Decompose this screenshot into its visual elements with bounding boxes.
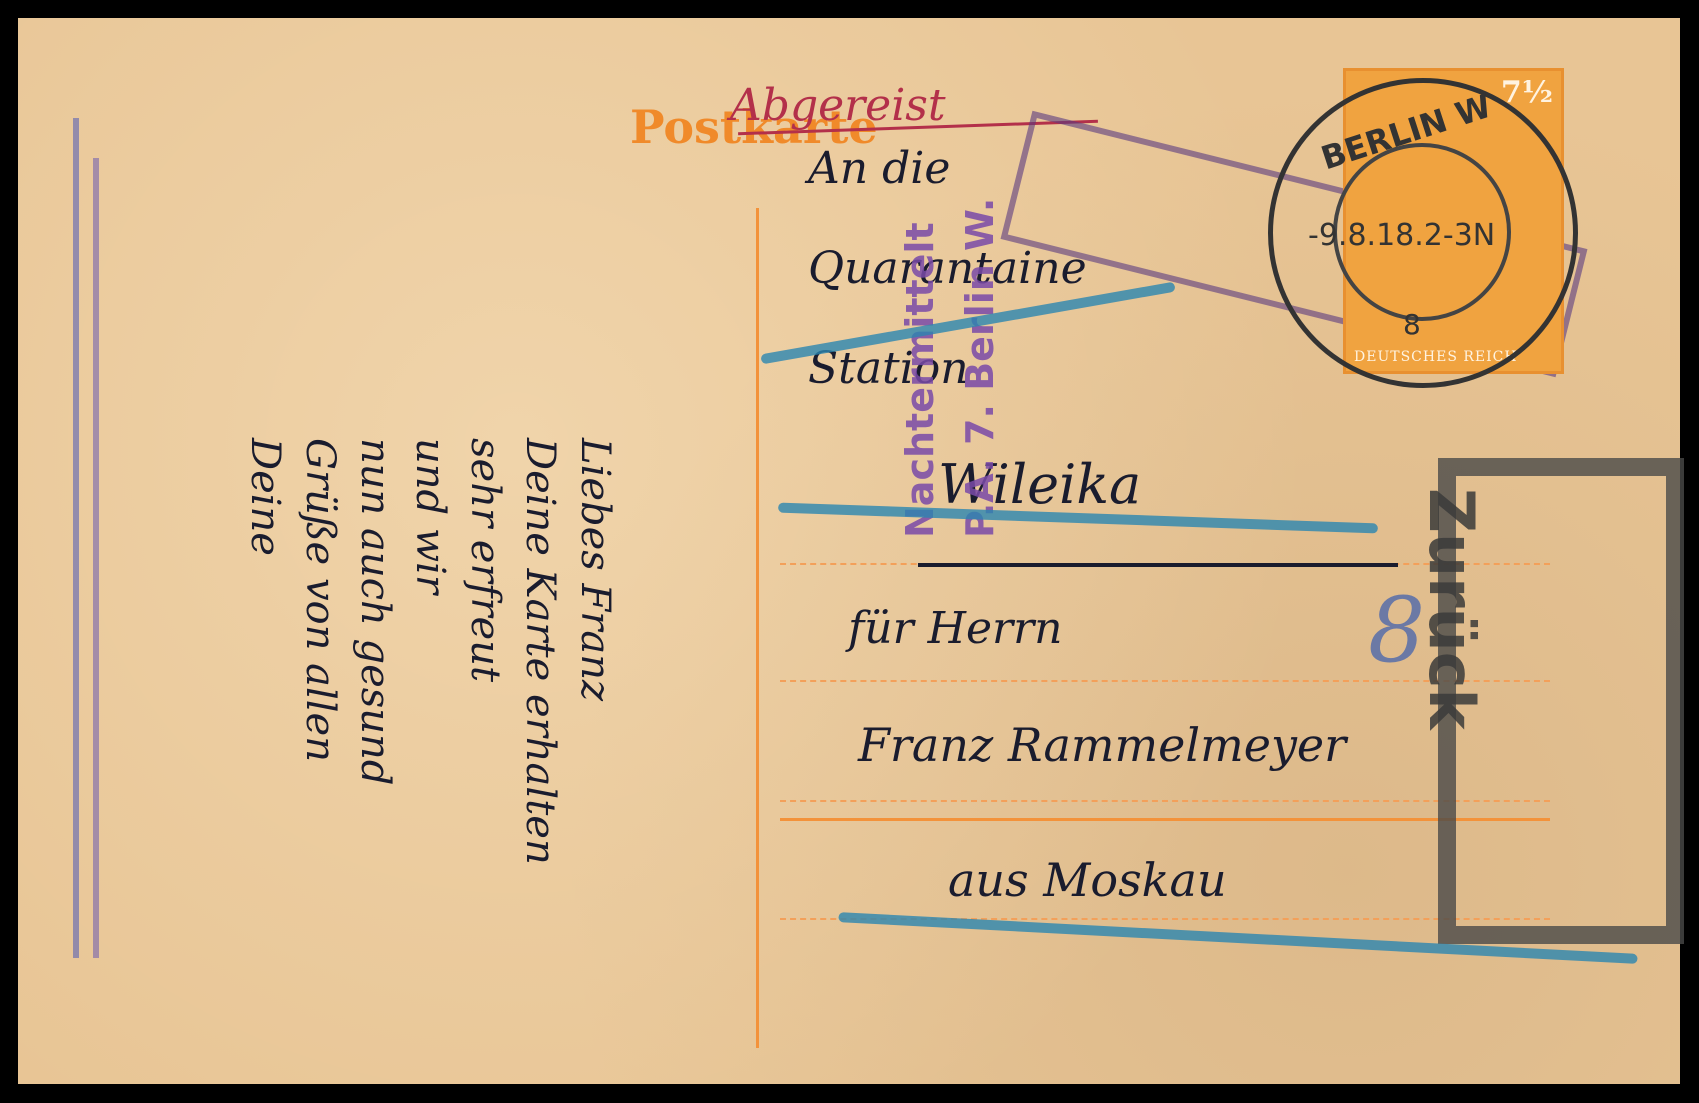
- message-line-6: Grüße von allen: [297, 438, 343, 762]
- return-stamp: Zurück: [1415, 488, 1488, 730]
- divider-line: [756, 208, 759, 1048]
- message-line-4: und wir: [407, 438, 453, 594]
- pencil-mark: 8: [1368, 578, 1425, 683]
- message-line-5: nun auch gesund: [352, 438, 398, 785]
- address-line-2: Quarantaine: [808, 243, 1087, 294]
- address-line: [780, 818, 1550, 821]
- message-line-2: Deine Karte erhalten: [517, 438, 563, 865]
- address-line-5: für Herrn: [848, 603, 1062, 654]
- postcard: Postkarte Abgereist 7½ DEUTSCHES REICH B…: [18, 18, 1680, 1084]
- censor-stamp-line-1: Nachtermittelt: [898, 222, 942, 538]
- address-line-1: An die: [808, 143, 950, 194]
- blue-pencil-strike: [93, 158, 99, 958]
- red-annotation: Abgereist: [730, 80, 946, 131]
- censor-stamp-line-2: P.A. 7. Berlin W.: [958, 198, 1002, 538]
- address-line-7: aus Moskau: [948, 853, 1227, 907]
- address-line-6: Franz Rammelmeyer: [858, 718, 1346, 772]
- message-line-7: Deine: [242, 438, 288, 556]
- address-line: [780, 800, 1550, 802]
- address-underline: [918, 563, 1398, 567]
- postmark-district: 8: [1403, 308, 1421, 341]
- blue-pencil-strike: [73, 118, 79, 958]
- message-line-3: sehr erfreut: [462, 438, 508, 682]
- message-line-1: Liebes Franz: [572, 438, 618, 701]
- postmark-date: -9.8.18.2-3N: [1308, 218, 1495, 253]
